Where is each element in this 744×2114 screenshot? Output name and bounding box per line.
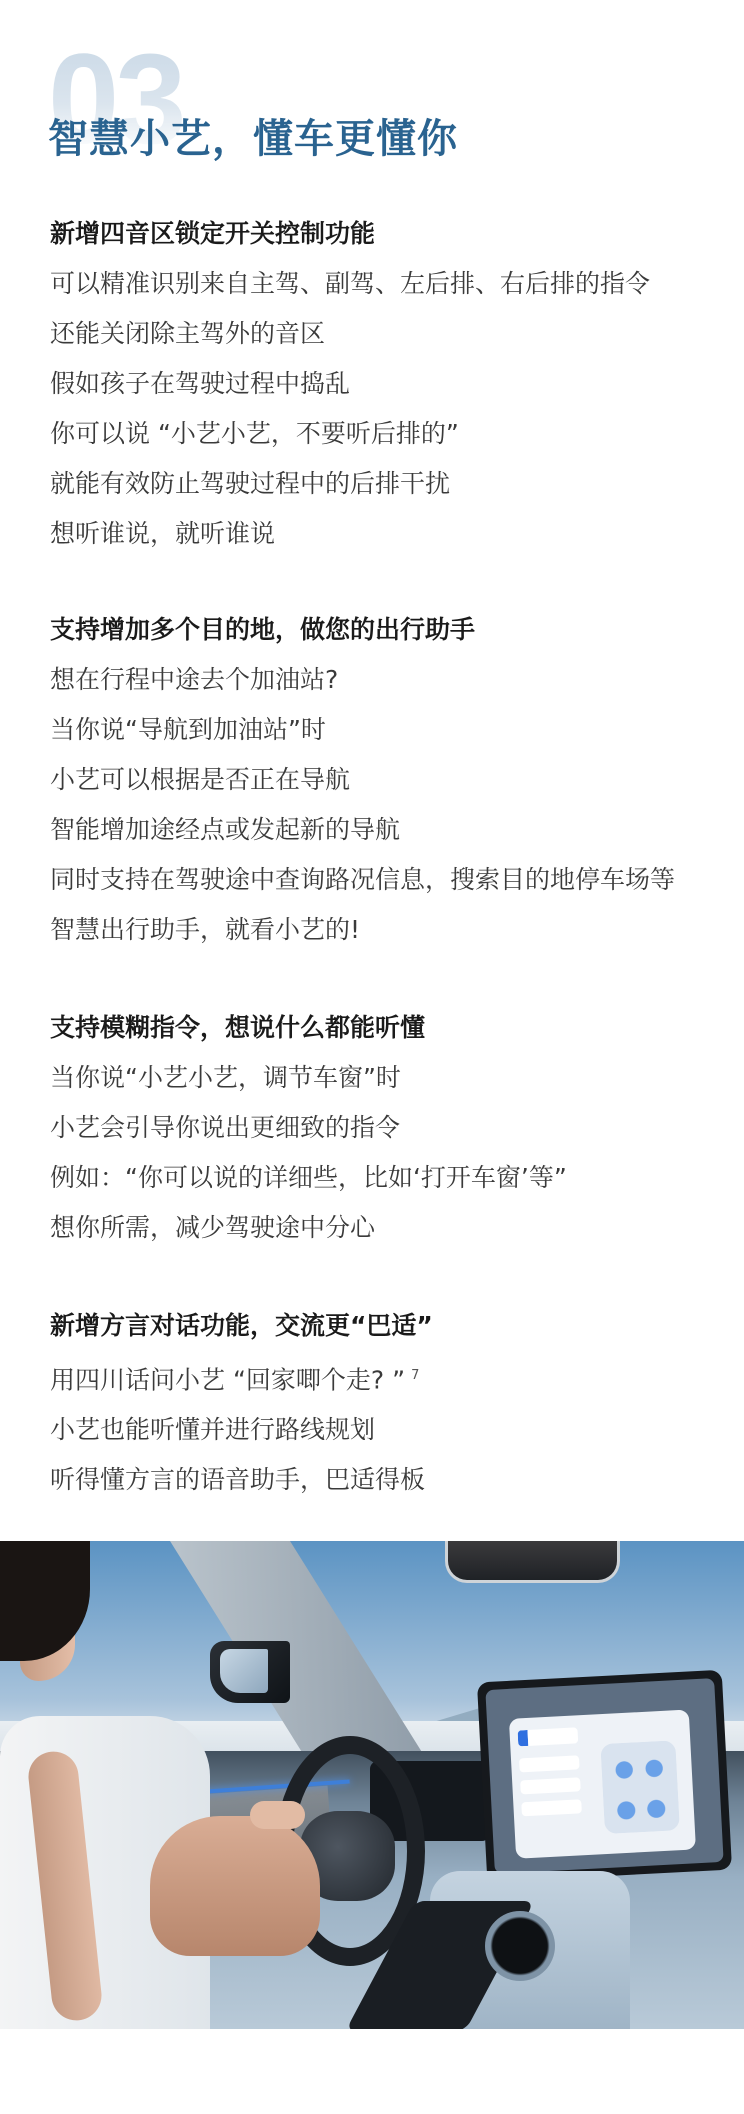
photo-screen-row (519, 1755, 580, 1772)
feature-line: 智慧出行助手，就看小艺的! (50, 913, 730, 947)
feature-heading: 新增四音区锁定开关控制功能 (50, 217, 730, 251)
photo-cupholder (485, 1911, 555, 1981)
feature-section-sound-zones: 新增四音区锁定开关控制功能 可以精准识别来自主驾、副驾、左后排、右后排的指令 还… (50, 217, 730, 567)
feature-line: 还能关闭除主驾外的音区 (50, 317, 730, 351)
feature-line: 听得懂方言的语音助手，巴适得板 (50, 1463, 730, 1497)
feature-line: 小艺也能听懂并进行路线规划 (50, 1413, 730, 1447)
photo-screen-row (521, 1799, 582, 1816)
photo-screen-row (520, 1777, 581, 1794)
feature-line: 智能增加途经点或发起新的导航 (50, 813, 730, 847)
footnote-marker: 7 (411, 1368, 419, 1383)
photo-screen-seat-zones (600, 1740, 680, 1834)
photo-screen-card (509, 1710, 696, 1859)
feature-line: 假如孩子在驾驶过程中捣乱 (50, 367, 730, 401)
photo-driver-hand (250, 1801, 305, 1829)
photo-screen-toggle (517, 1727, 578, 1746)
page-title: 智慧小艺，懂车更懂你 (48, 113, 458, 165)
feature-line: 用四川话问小艺 “回家唧个走? ”7 (50, 1359, 730, 1397)
feature-line: 想听谁说，就听谁说 (50, 517, 730, 551)
feature-heading: 支持模糊指令，想说什么都能听懂 (50, 1011, 730, 1045)
car-interior-photo (0, 1541, 744, 2029)
feature-line: 例如：“你可以说的详细些，比如‘打开车窗’等” (50, 1161, 730, 1195)
photo-rearview-mirror (445, 1541, 620, 1583)
feature-line: 就能有效防止驾驶过程中的后排干扰 (50, 467, 730, 501)
feature-line: 可以精准识别来自主驾、副驾、左后排、右后排的指令 (50, 267, 730, 301)
photo-center-touchscreen (477, 1670, 732, 1883)
feature-line: 小艺可以根据是否正在导航 (50, 763, 730, 797)
feature-section-dialect: 新增方言对话功能，交流更“巴适” 用四川话问小艺 “回家唧个走? ”7 小艺也能… (50, 1309, 730, 1513)
feature-line: 小艺会引导你说出更细致的指令 (50, 1111, 730, 1145)
feature-heading: 新增方言对话功能，交流更“巴适” (50, 1309, 730, 1343)
section-header: 03 智慧小艺，懂车更懂你 (0, 0, 744, 200)
photo-driver-legs (150, 1816, 320, 1956)
feature-line: 想在行程中途去个加油站? (50, 663, 730, 697)
feature-line: 当你说“小艺小艺，调节车窗”时 (50, 1061, 730, 1095)
feature-section-fuzzy-commands: 支持模糊指令，想说什么都能听懂 当你说“小艺小艺，调节车窗”时 小艺会引导你说出… (50, 1011, 730, 1261)
feature-line: 你可以说 “小艺小艺，不要听后排的” (50, 417, 730, 451)
feature-section-multi-destination: 支持增加多个目的地，做您的出行助手 想在行程中途去个加油站? 当你说“导航到加油… (50, 613, 730, 963)
photo-side-mirror (210, 1641, 290, 1703)
photo-screen-display (485, 1678, 723, 1874)
feature-line: 当你说“导航到加油站”时 (50, 713, 730, 747)
feature-heading: 支持增加多个目的地，做您的出行助手 (50, 613, 730, 647)
feature-line-text: 用四川话问小艺 “回家唧个走? ” (50, 1365, 405, 1394)
feature-line: 同时支持在驾驶途中查询路况信息，搜索目的地停车场等 (50, 863, 730, 897)
feature-line: 想你所需，减少驾驶途中分心 (50, 1211, 730, 1245)
